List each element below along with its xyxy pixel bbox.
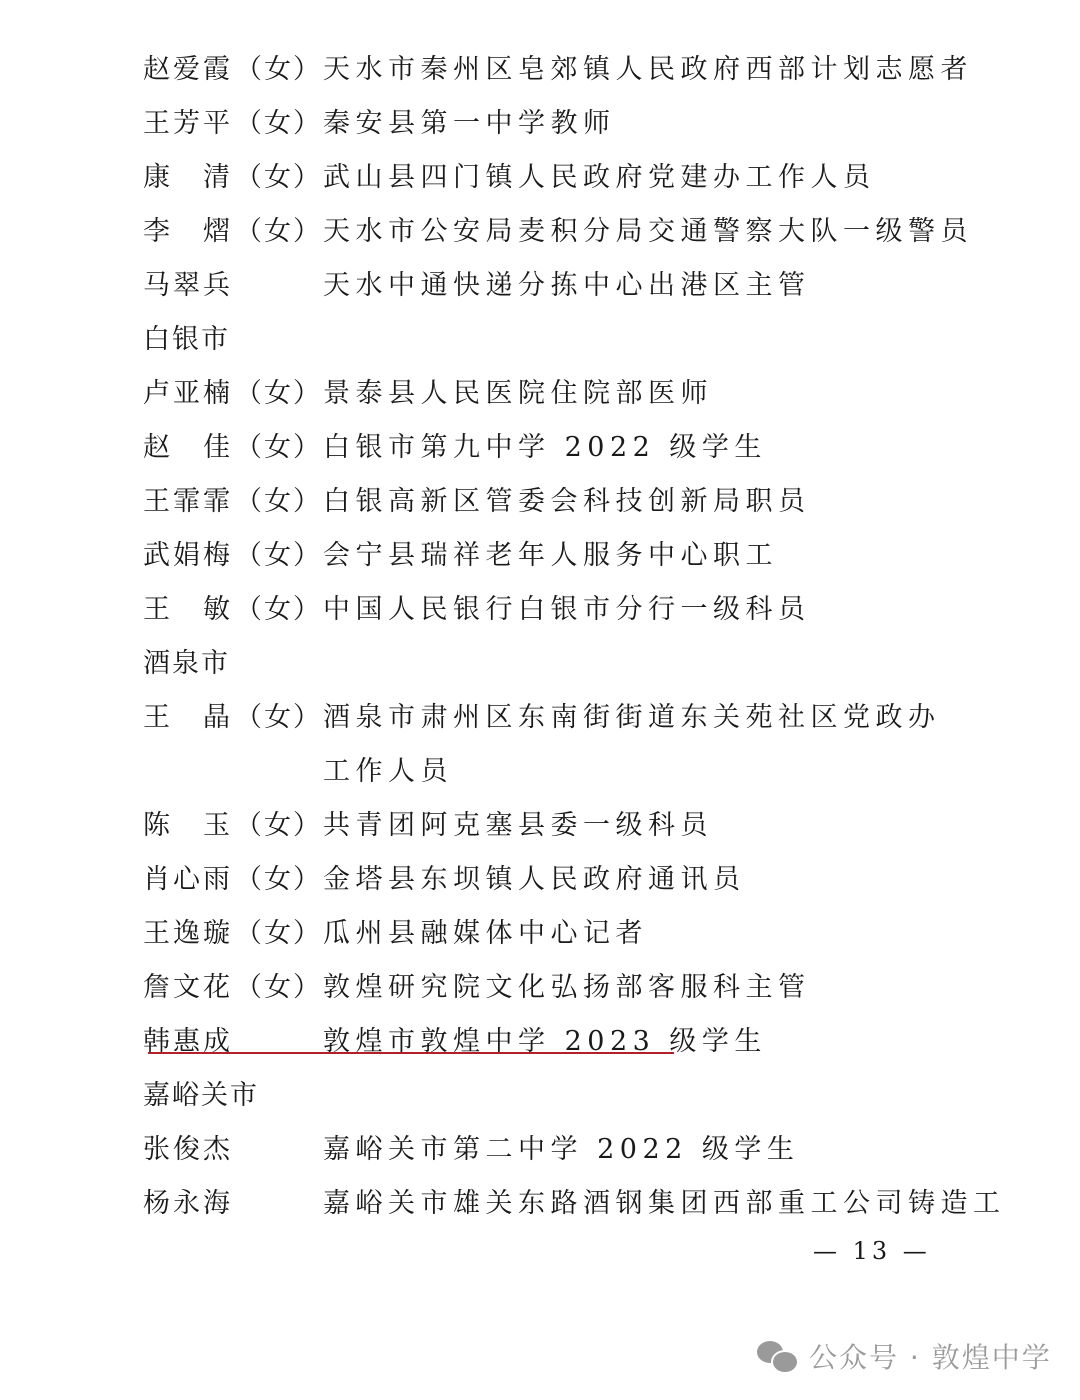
gender-note: （女） (235, 104, 322, 144)
wechat-icon (757, 1339, 799, 1373)
person-name: 王 敏 (143, 590, 243, 630)
person-name: 卢亚楠 (143, 374, 243, 414)
person-description: 敦煌市敦煌中学 2023 级学生 (323, 1022, 767, 1062)
person-name: 杨永海 (143, 1184, 243, 1224)
person-description: 天水中通快递分拣中心出港区主管 (323, 266, 811, 306)
gender-note: （女） (235, 158, 322, 198)
person-name: 武娟梅 (143, 536, 243, 576)
gender-note: （女） (235, 428, 322, 468)
person-description: 秦安县第一中学教师 (323, 104, 616, 144)
person-name: 赵爱霞 (143, 50, 243, 90)
person-description: 嘉峪关市雄关东路酒钢集团西部重工公司铸造工 (323, 1184, 1006, 1224)
gender-note: （女） (235, 536, 322, 576)
person-description: 中国人民银行白银市分行一级科员 (323, 590, 811, 630)
gender-note: （女） (235, 212, 322, 252)
person-description: 天水市秦州区皂郊镇人民政府西部计划志愿者 (323, 50, 973, 90)
section-heading: 嘉峪关市 (143, 1076, 259, 1116)
person-name: 陈 玉 (143, 806, 243, 846)
person-name: 詹文花 (143, 968, 243, 1008)
document-page: 赵爱霞 （女） 天水市秦州区皂郊镇人民政府西部计划志愿者 王芳平 （女） 秦安县… (0, 0, 1080, 1400)
person-description: 白银高新区管委会科技创新局职员 (323, 482, 811, 522)
person-description: 白银市第九中学 2022 级学生 (323, 428, 767, 468)
gender-note: （女） (235, 482, 322, 522)
gender-note: （女） (235, 914, 322, 954)
gender-note: （女） (235, 860, 322, 900)
watermark-text: 公众号 · 敦煌中学 (809, 1336, 1052, 1376)
person-name: 李 熠 (143, 212, 243, 252)
gender-note: （女） (235, 968, 322, 1008)
person-name: 康 清 (143, 158, 243, 198)
section-heading: 白银市 (143, 320, 230, 360)
gender-note: （女） (235, 806, 322, 846)
person-name: 赵 佳 (143, 428, 243, 468)
red-underline (148, 1052, 674, 1054)
person-name: 王霏霏 (143, 482, 243, 522)
person-description: 景泰县人民医院住院部医师 (323, 374, 713, 414)
person-description: 酒泉市肃州区东南街街道东关苑社区党政办工作人员 (323, 691, 943, 799)
gender-note: （女） (235, 698, 322, 738)
gender-note: （女） (235, 50, 322, 90)
person-description: 天水市公安局麦积分局交通警察大队一级警员 (323, 212, 973, 252)
person-name: 王逸璇 (143, 914, 243, 954)
section-heading: 酒泉市 (143, 644, 230, 684)
person-name: 张俊杰 (143, 1130, 243, 1170)
person-description: 瓜州县融媒体中心记者 (323, 914, 648, 954)
gender-note: （女） (235, 590, 322, 630)
gender-note: （女） (235, 374, 322, 414)
person-description: 共青团阿克塞县委一级科员 (323, 806, 713, 846)
person-description: 金塔县东坝镇人民政府通讯员 (323, 860, 746, 900)
person-description: 敦煌研究院文化弘扬部客服科主管 (323, 968, 811, 1008)
person-description: 会宁县瑞祥老年人服务中心职工 (323, 536, 778, 576)
person-description: 武山县四门镇人民政府党建办工作人员 (323, 158, 876, 198)
page-number: — 13 — (813, 1236, 931, 1266)
person-name: 肖心雨 (143, 860, 243, 900)
person-name: 马翠兵 (143, 266, 243, 306)
watermark: 公众号 · 敦煌中学 (757, 1336, 1052, 1376)
person-description: 嘉峪关市第二中学 2022 级学生 (323, 1130, 799, 1170)
person-name: 王 晶 (143, 698, 243, 738)
person-name: 王芳平 (143, 104, 243, 144)
person-name: 韩惠成 (143, 1022, 243, 1062)
